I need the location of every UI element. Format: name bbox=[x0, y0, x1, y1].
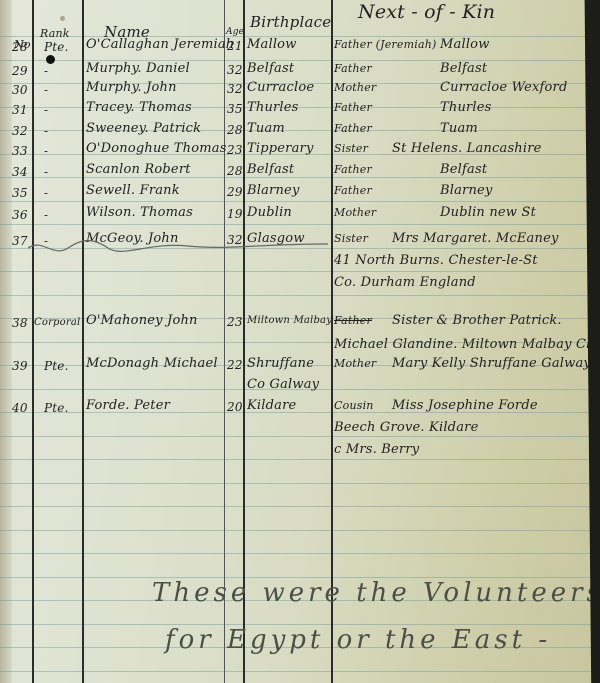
entry-nok-relation: Father bbox=[334, 61, 372, 77]
register-page: No Rank Name Age Birthplace Next - of - … bbox=[0, 0, 600, 683]
ruled-line bbox=[0, 506, 600, 507]
entry-rank: Pte. bbox=[44, 400, 69, 416]
entry-birthplace: Blarney bbox=[247, 183, 300, 199]
entry-birthplace: Thurles bbox=[247, 100, 299, 116]
entry-nok-details: Mrs Margaret. McEaney bbox=[392, 231, 559, 247]
entry-name: O'Donoghue Thomas bbox=[86, 141, 227, 157]
entry-nok-details: Miss Josephine Forde bbox=[392, 398, 538, 414]
entry-age: 23 bbox=[227, 142, 243, 158]
entry-birthplace: Belfast bbox=[247, 162, 294, 178]
entry-age: 23 bbox=[227, 314, 243, 330]
entry-name: Tracey. Thomas bbox=[86, 100, 192, 116]
entry-age: 28 bbox=[227, 163, 243, 179]
entry-rank: - bbox=[44, 185, 48, 201]
entry-name: Sewell. Frank bbox=[86, 183, 180, 199]
entry-nok-relation: Father bbox=[334, 313, 372, 329]
entry-nok-details: Mallow bbox=[440, 37, 490, 53]
ruled-line bbox=[0, 530, 600, 531]
entry-rank: Pte. bbox=[44, 358, 69, 374]
entry-name: Murphy. Daniel bbox=[86, 61, 190, 77]
entry-nok-details: St Helens. Lancashire bbox=[392, 141, 542, 157]
entry-rank: - bbox=[44, 123, 48, 139]
entry-birthplace: Curracloe bbox=[247, 80, 314, 96]
entry-nok-extra: Beech Grove. Kildare bbox=[334, 420, 478, 436]
entry-nok-details: Curracloe Wexford bbox=[440, 80, 568, 96]
entry-nok-details: Blarney bbox=[440, 183, 493, 199]
entry-rank: - bbox=[44, 164, 48, 180]
entry-rank: Pte. bbox=[44, 39, 69, 55]
entry-nok-relation: Mother bbox=[334, 80, 376, 96]
entry-age: 19 bbox=[227, 206, 243, 222]
entry-age: 29 bbox=[227, 184, 243, 200]
entry-no: 39 bbox=[12, 358, 28, 374]
entry-nok-details: Sister & Brother Patrick. bbox=[392, 313, 562, 329]
entry-no: 28 bbox=[12, 39, 28, 55]
entry-nok-details: Thurles bbox=[440, 100, 492, 116]
ruled-line bbox=[0, 459, 600, 460]
header-birthplace: Birthplace bbox=[250, 14, 331, 30]
entry-no: 36 bbox=[12, 207, 28, 223]
entry-name: O'Mahoney John bbox=[86, 313, 198, 329]
entry-no: 29 bbox=[12, 63, 28, 79]
entry-age: 32 bbox=[227, 81, 243, 97]
entry-name: Forde. Peter bbox=[86, 398, 170, 414]
entry-no: 32 bbox=[12, 123, 28, 139]
footnote-line-2: for Egypt or the East - bbox=[165, 625, 551, 655]
stain bbox=[60, 16, 65, 21]
entry-birthplace: Mallow bbox=[247, 37, 297, 53]
entry-nok-relation: Father bbox=[334, 162, 372, 178]
entry-no: 30 bbox=[12, 82, 28, 98]
entry-age: 28 bbox=[227, 122, 243, 138]
entry-nok-extra: c Mrs. Berry bbox=[334, 442, 419, 458]
entry-age: 32 bbox=[227, 62, 243, 78]
entry-name: Wilson. Thomas bbox=[86, 205, 193, 221]
entry-birthplace-extra: Co Galway bbox=[247, 377, 319, 393]
entry-no: 40 bbox=[12, 400, 28, 416]
entry-birthplace: Kildare bbox=[247, 398, 296, 414]
entry-nok-relation: Father bbox=[334, 100, 372, 116]
entry-no: 37 bbox=[12, 233, 28, 249]
entry-age: 35 bbox=[227, 101, 243, 117]
entry-rank: - bbox=[44, 207, 48, 223]
entry-nok-details: Belfast bbox=[440, 61, 487, 77]
entry-nok-extra: Co. Durham England bbox=[334, 275, 476, 291]
entry-nok-relation: Mother bbox=[334, 356, 376, 372]
entry-rank: Corporal bbox=[34, 315, 80, 331]
strike-squiggle bbox=[28, 238, 328, 258]
entry-nok-extra: Michael Glandine. Miltown Malbay Clare bbox=[334, 337, 600, 353]
ruled-line bbox=[0, 553, 600, 554]
entry-no: 33 bbox=[12, 143, 28, 159]
entry-nok-relation: Sister bbox=[334, 231, 368, 247]
entry-rank: - bbox=[44, 63, 48, 79]
entry-nok-details: Mary Kelly Shruffane Galway. bbox=[392, 356, 594, 372]
entry-nok-details: Belfast bbox=[440, 162, 487, 178]
entry-rank: - bbox=[44, 102, 48, 118]
ruled-line bbox=[0, 271, 600, 272]
footnote-line-1: These were the Volunteers bbox=[152, 578, 600, 608]
entry-rank: - bbox=[44, 82, 48, 98]
column-divider-rank bbox=[82, 0, 84, 683]
entry-age: 20 bbox=[227, 399, 243, 415]
entry-nok-relation: Sister bbox=[334, 141, 368, 157]
ruled-line bbox=[0, 224, 600, 225]
ruled-line bbox=[0, 671, 600, 672]
entry-birthplace: Miltown Malbay bbox=[247, 313, 332, 329]
entry-nok-relation: Cousin bbox=[334, 398, 374, 414]
entry-name: Sweeney. Patrick bbox=[86, 121, 201, 137]
entry-no: 34 bbox=[12, 164, 28, 180]
ruled-line bbox=[0, 436, 600, 437]
entry-name: Scanlon Robert bbox=[86, 162, 191, 178]
entry-nok-details: Dublin new St bbox=[440, 205, 536, 221]
entry-nok-extra: 41 North Burns. Chester-le-St bbox=[334, 253, 538, 269]
column-divider-no bbox=[32, 0, 34, 683]
entry-nok-relation: Father bbox=[334, 121, 372, 137]
entry-rank: - bbox=[44, 143, 48, 159]
ruled-line bbox=[0, 201, 600, 202]
ruled-line bbox=[0, 483, 600, 484]
entry-no: 35 bbox=[12, 185, 28, 201]
entry-birthplace: Dublin bbox=[247, 205, 292, 221]
entry-nok-relation: Father (Jeremiah) bbox=[334, 37, 436, 53]
entry-birthplace: Tuam bbox=[247, 121, 285, 137]
entry-name: Murphy. John bbox=[86, 80, 177, 96]
entry-no: 31 bbox=[12, 102, 28, 118]
entry-name: O'Callaghan Jeremiah bbox=[86, 37, 234, 53]
entry-age: 22 bbox=[227, 357, 243, 373]
entry-nok-details: Tuam bbox=[440, 121, 478, 137]
entry-nok-relation: Mother bbox=[334, 205, 376, 221]
entry-nok-relation: Father bbox=[334, 183, 372, 199]
entry-birthplace: Shruffane bbox=[247, 356, 314, 372]
entry-name: McDonagh Michael bbox=[86, 356, 218, 372]
entry-no: 38 bbox=[12, 315, 28, 331]
entry-age: 21 bbox=[227, 38, 243, 54]
header-next-of-kin: Next - of - Kin bbox=[358, 4, 495, 20]
entry-birthplace: Tipperary bbox=[247, 141, 314, 157]
entry-birthplace: Belfast bbox=[247, 61, 294, 77]
ruled-line bbox=[0, 295, 600, 296]
